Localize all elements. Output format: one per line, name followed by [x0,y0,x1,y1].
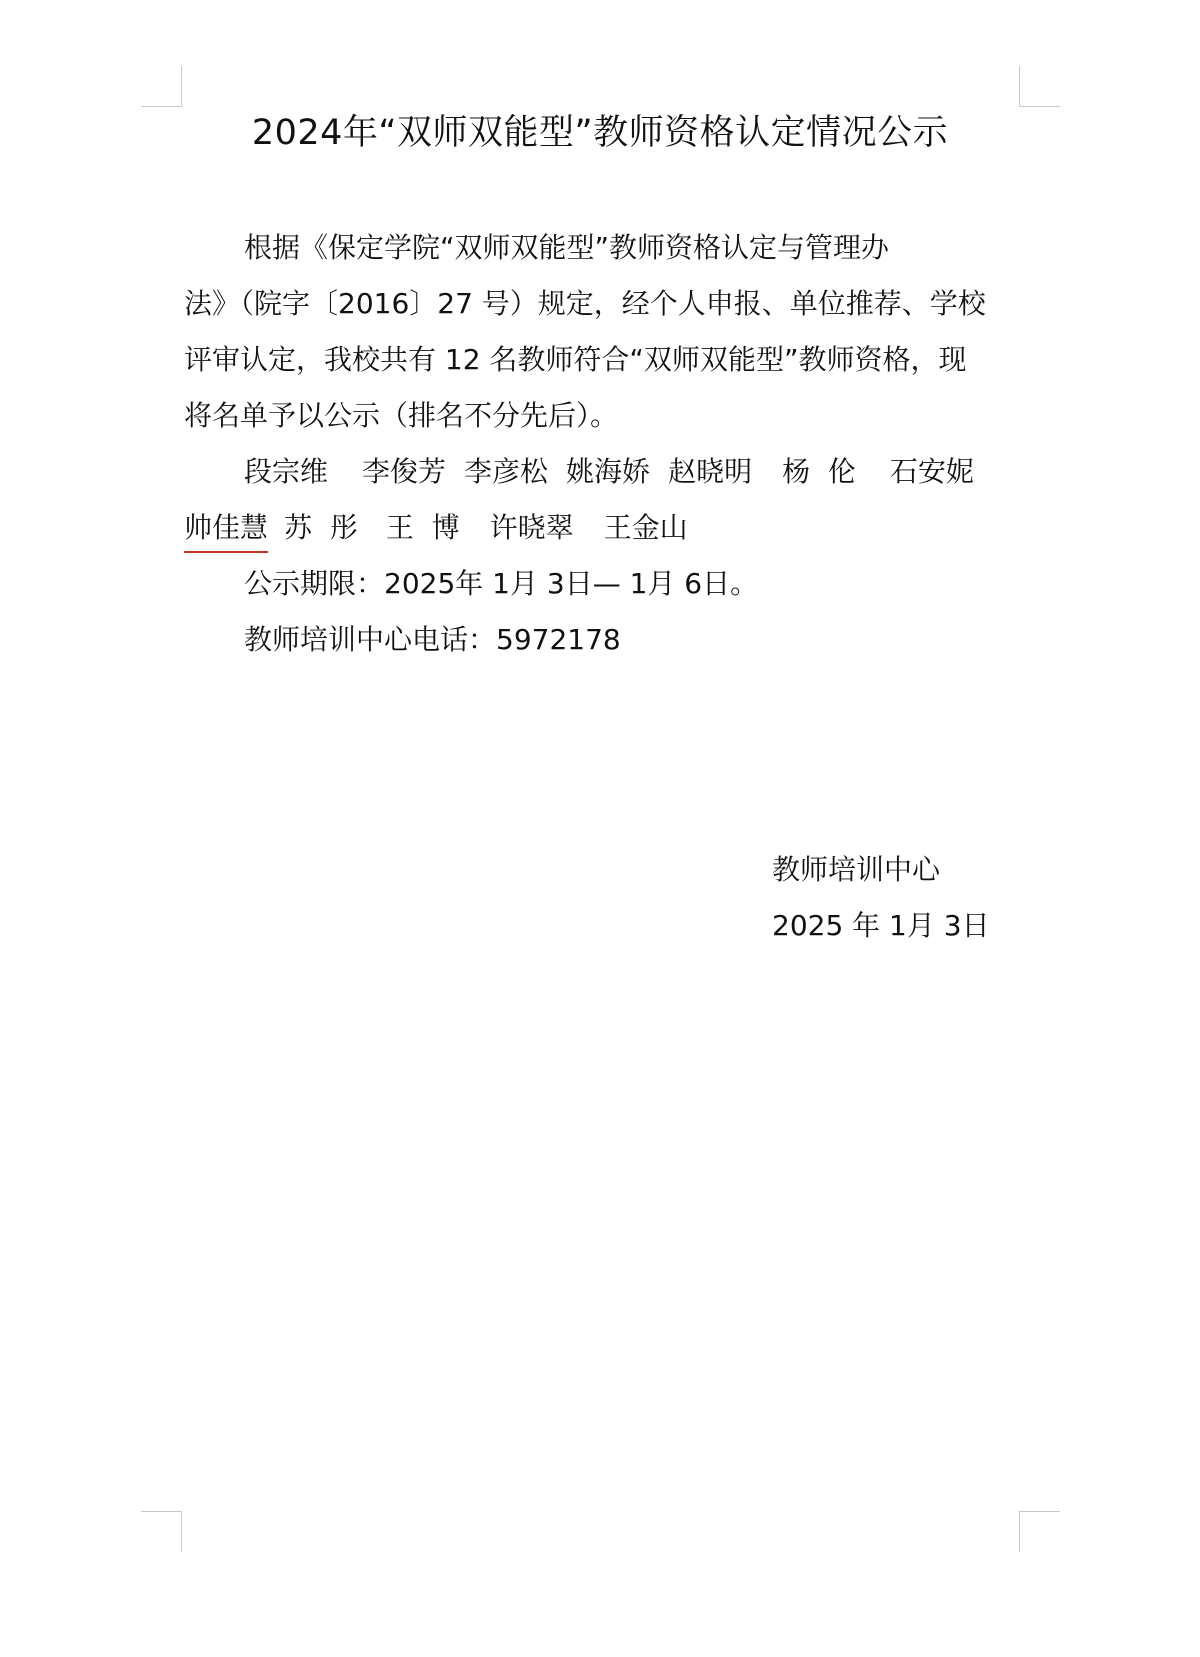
document-page: 2024年“双师双能型”教师资格认定情况公示 根据《保定学院“双师双能型”教师资… [0,0,1200,1657]
paragraph-line-3: 评审认定，我校共有 12 名教师符合“双师双能型”教师资格，现 [184,332,966,388]
crop-mark-bottom-right [1019,1511,1060,1552]
teacher-name-spellcheck-flagged[interactable]: 帅佳慧 [184,500,268,556]
paragraph-line-2: 法》（院字〔2016〕27 号）规定，经个人申报、单位推荐、学校 [184,276,986,332]
teacher-name: 王金山 [604,500,688,556]
teacher-name: 杨 伦 [782,444,856,500]
teacher-name: 李彦松 [464,444,548,500]
signature-organization: 教师培训中心 [772,842,940,898]
teacher-name: 苏 彤 [284,500,358,556]
teacher-name: 王 博 [386,500,460,556]
names-row-1: 段宗维 李俊芳 李彦松 姚海娇 赵晓明 杨 伦 石安妮 [244,444,974,500]
crop-mark-bottom-left [141,1511,182,1552]
signature-date: 2025 年 1月 3日 [772,898,990,954]
crop-mark-top-right [1019,66,1060,107]
paragraph-line-4: 将名单予以公示（排名不分先后）。 [184,388,618,444]
contact-phone: 教师培训中心电话：5972178 [244,612,621,668]
notice-period: 公示期限：2025年 1月 3日— 1月 6日。 [244,556,758,612]
names-row-2: 帅佳慧 苏 彤 王 博 许晓翠 王金山 [184,500,688,556]
teacher-name: 段宗维 [244,444,328,500]
teacher-name: 许晓翠 [490,500,574,556]
paragraph-line-1: 根据《保定学院“双师双能型”教师资格认定与管理办 [244,220,889,276]
teacher-name: 李俊芳 [362,444,446,500]
teacher-name: 姚海娇 [566,444,650,500]
document-title: 2024年“双师双能型”教师资格认定情况公示 [0,108,1200,158]
teacher-name: 石安妮 [890,444,974,500]
teacher-name: 赵晓明 [668,444,752,500]
crop-mark-top-left [141,66,182,107]
